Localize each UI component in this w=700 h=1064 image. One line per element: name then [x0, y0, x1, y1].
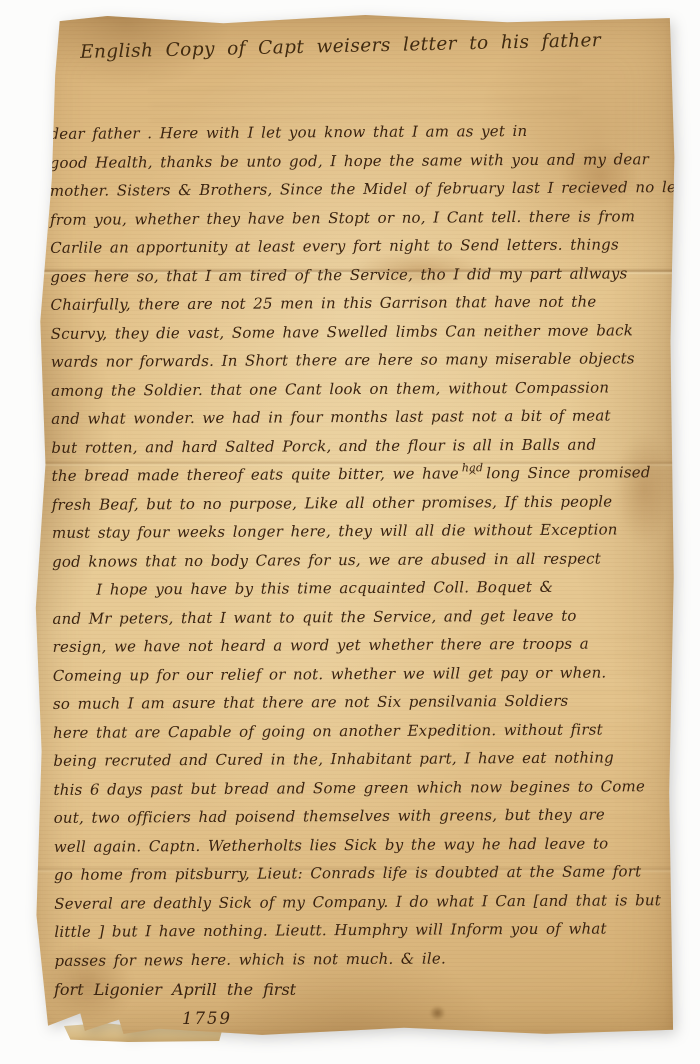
- letter-paper: English Copy of Capt weisers letter to h…: [30, 14, 675, 1038]
- letter-line: go home from pitsburry, Lieut: Conrads l…: [54, 857, 666, 889]
- letter-body: dear father . Here with I let you know t…: [49, 116, 666, 975]
- ink-bleedthrough: [150, 68, 581, 121]
- paragraph-2: I hope you have by this time acquainted …: [52, 572, 666, 975]
- letter-line: goes here so, that I am tired of the Ser…: [50, 259, 662, 291]
- letter-line: resign, we have not heard a word yet whe…: [53, 629, 665, 661]
- letter-line: mother. Sisters & Brothers, Since the Mi…: [50, 173, 662, 205]
- letter-line: passes for news here. which is not much.…: [54, 943, 666, 975]
- letter-line: being recruted and Cured in the, Inhabit…: [53, 743, 665, 775]
- paragraph-1-continued: fresh Beaf, but to no purpose, Like all …: [52, 487, 665, 576]
- letter-line: must stay four weeks longer here, they w…: [52, 515, 664, 547]
- letter-line: and what wonder. we had in four months l…: [51, 401, 663, 433]
- letter-line-with-insertion: the bread made thereof eats quite bitter…: [51, 458, 663, 490]
- letter-line: but rotten, and hard Salted Porck, and t…: [51, 430, 663, 462]
- letter-line: well again. Captn. Wetherholts lies Sick…: [54, 829, 666, 861]
- letter-line: Scurvy, they die vast, Some have Swelled…: [51, 316, 663, 348]
- letter-line: among the Soldier. that one Cant look on…: [51, 373, 663, 405]
- letter-line: Chairfully, there are not 25 men in this…: [50, 287, 662, 319]
- letter-line: fresh Beaf, but to no purpose, Like all …: [52, 487, 664, 519]
- header-note: English Copy of Capt weisers letter to h…: [80, 30, 601, 63]
- letter-line: I hope you have by this time acquainted …: [52, 572, 664, 604]
- dateline-year: 1759: [182, 1009, 232, 1028]
- caret-line-pre: the bread made thereof eats quite bitter…: [52, 464, 459, 484]
- letter-line: Several are deathly Sick of my Company. …: [54, 886, 666, 918]
- letter-line: here that are Capable of going on anothe…: [53, 715, 665, 747]
- letter-line: and Mr peters, that I want to quit the S…: [52, 601, 664, 633]
- scan-background: English Copy of Capt weisers letter to h…: [0, 0, 700, 1064]
- letter-line: good Health, thanks be unto god, I hope …: [50, 145, 662, 177]
- paragraph-1: dear father . Here with I let you know t…: [49, 116, 663, 462]
- dateline-place-and-date: fort Ligonier Aprill the first: [54, 980, 296, 999]
- letter-line: Comeing up for our relief or not. whethe…: [53, 658, 665, 690]
- letter-line: wards nor forwards. In Short there are h…: [51, 344, 663, 376]
- caret-line-post: long Since promised: [486, 463, 651, 482]
- paper-stain: [430, 1006, 445, 1020]
- letter-line: so much I am asure that there are not Si…: [53, 686, 665, 718]
- letter-line: Carlile an apportunity at least every fo…: [50, 230, 662, 262]
- letter-line: dear father . Here with I let you know t…: [49, 116, 661, 148]
- letter-line: this 6 days past but bread and Some gree…: [53, 772, 665, 804]
- letter-line: from you, whether they have ben Stopt or…: [50, 202, 662, 234]
- letter-line: out, two officiers had poisend themselve…: [54, 800, 666, 832]
- letter-paper-wrap: English Copy of Capt weisers letter to h…: [30, 14, 675, 1038]
- letter-line: little ] but I have nothing. Lieutt. Hum…: [54, 914, 666, 946]
- inserted-word-block: had^: [462, 463, 483, 480]
- letter-line: god knows that no body Cares for us, we …: [52, 544, 664, 576]
- caret-insertion-mark: ^: [468, 472, 477, 480]
